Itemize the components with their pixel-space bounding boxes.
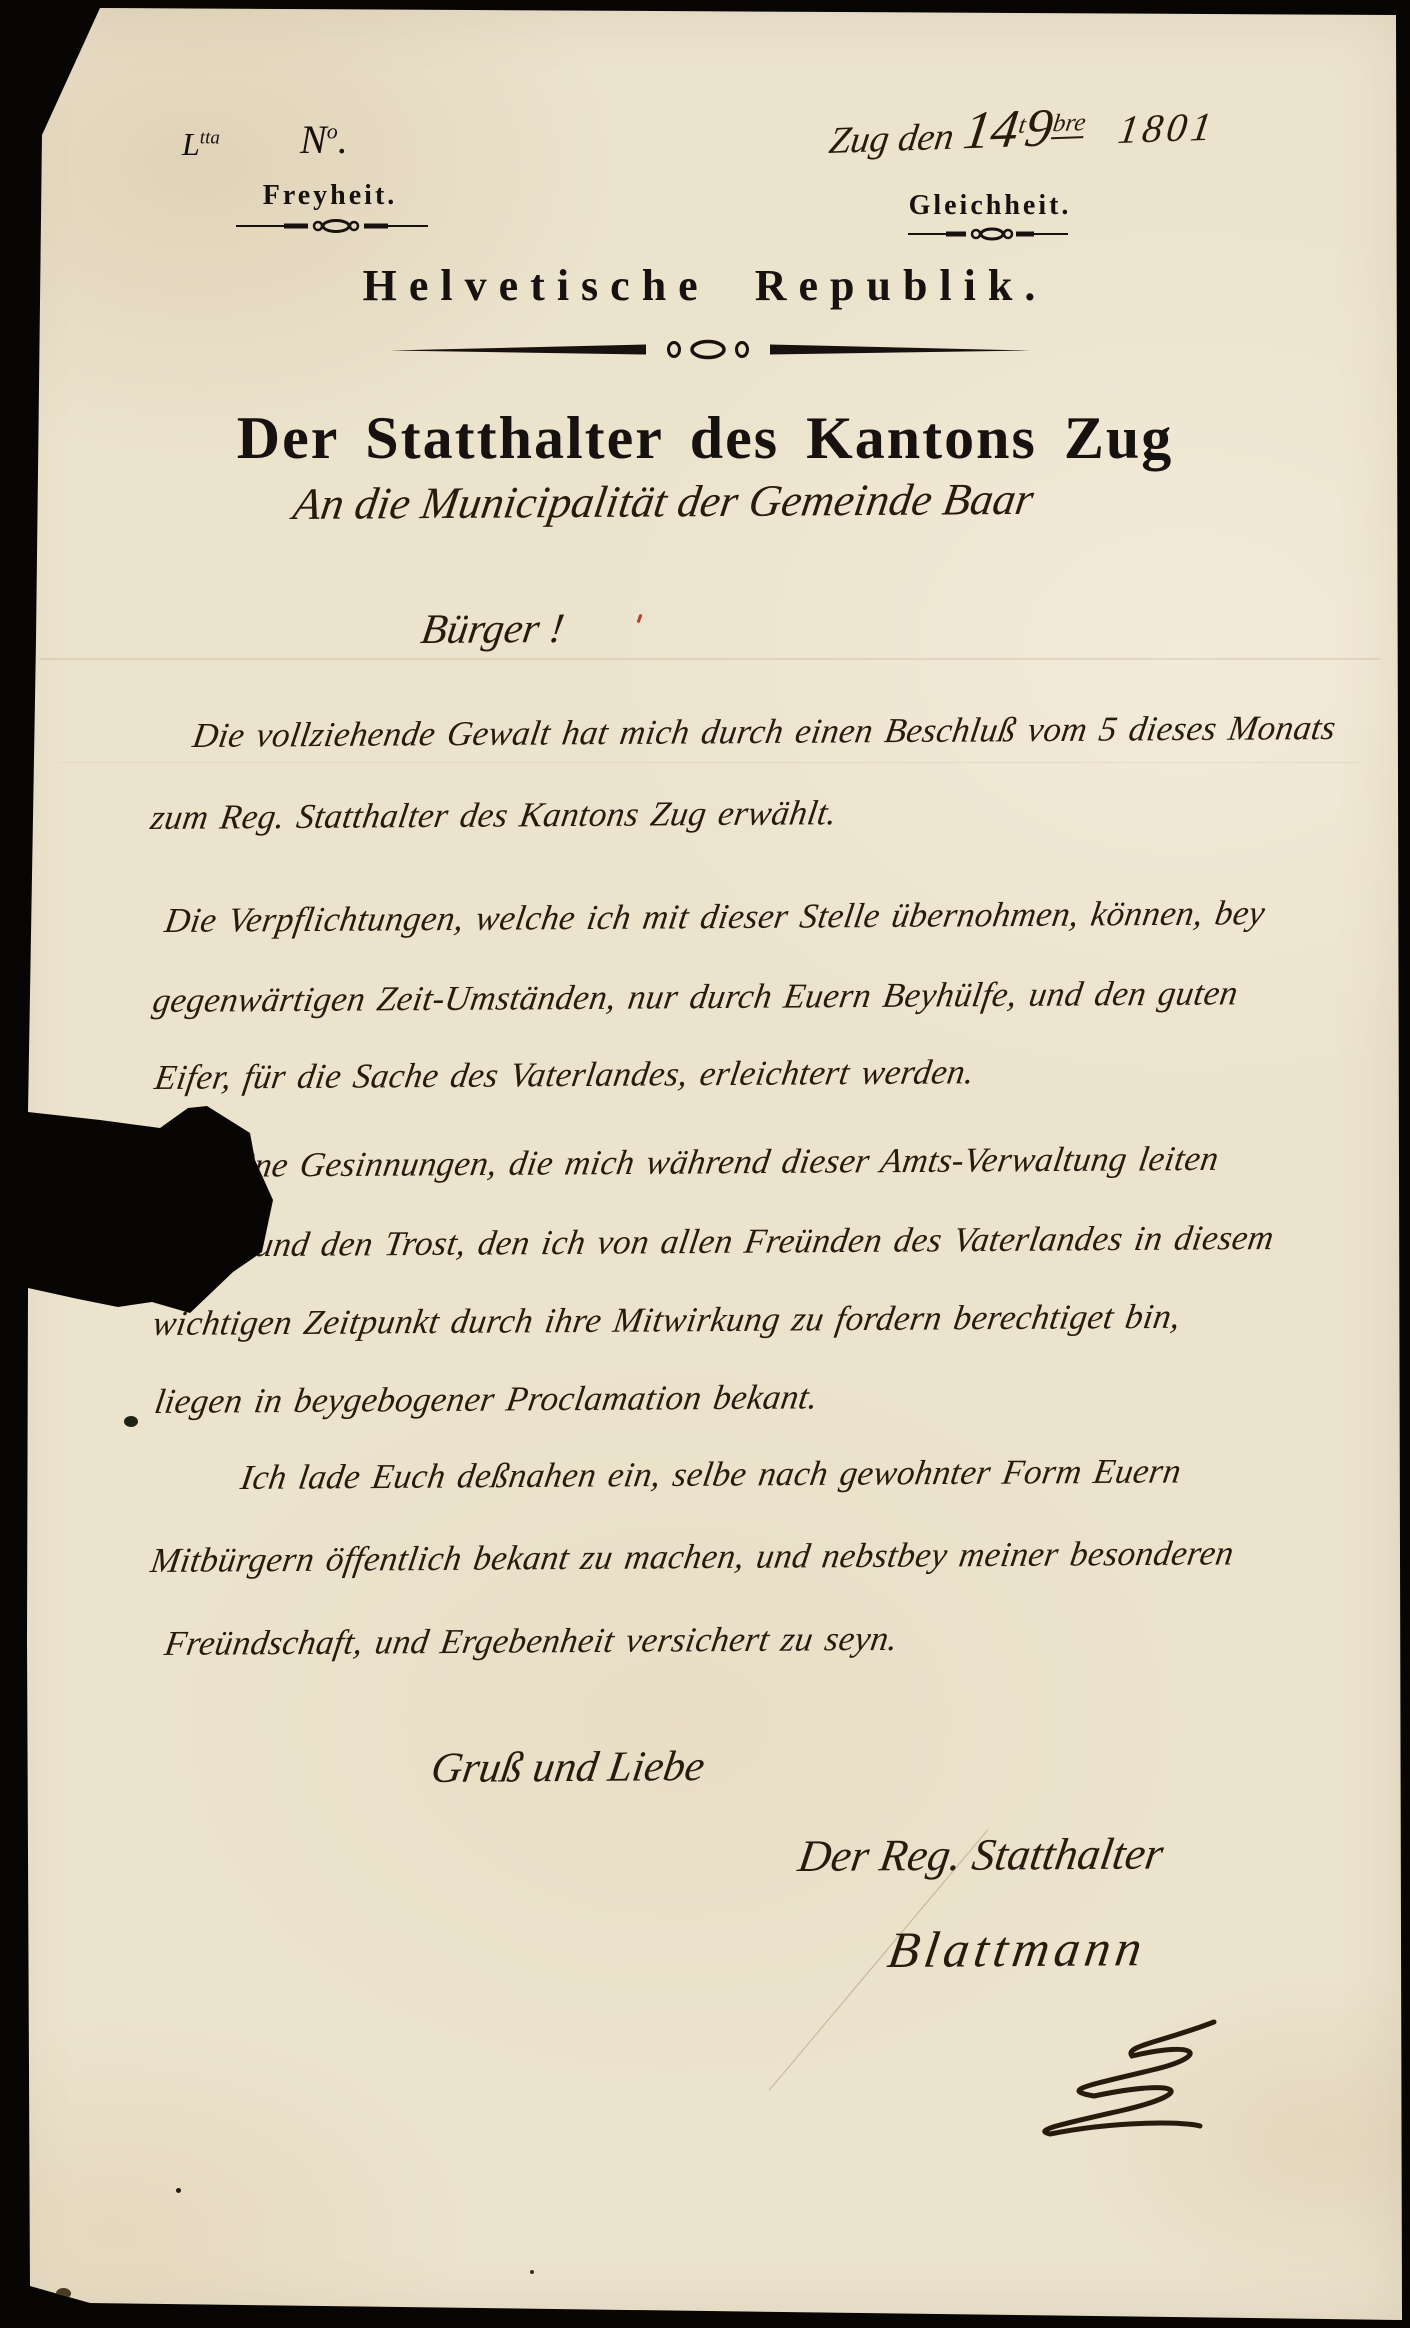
body-line: Die vollziehende Gewalt hat mich durch e… <box>190 708 1339 756</box>
number-superscript: o <box>327 119 338 144</box>
motto-freyheit: Freyheit. <box>225 180 435 212</box>
body-line: Die Verpflichtungen, welche ich mit dies… <box>162 893 1268 941</box>
dateline-day: 14 <box>960 99 1023 161</box>
ornament-rule-left <box>236 218 428 234</box>
scanned-letter: Ltta No. Freyheit. Zug den 14t9bre1801 G… <box>0 0 1410 2328</box>
red-fleck <box>637 614 643 623</box>
body-line: Ich lade Euch deßnahen ein, selbe nach g… <box>238 1451 1184 1498</box>
signature-paraph <box>1002 2012 1242 2152</box>
republic-title: Helvetische Republik. <box>0 260 1410 311</box>
sender-office-title: Der Statthalter des Kantons Zug <box>0 404 1410 473</box>
body-line: Freündschaft, und Ergebenheit versichert… <box>162 1619 901 1664</box>
fold-crease <box>40 658 1380 660</box>
body-line: gegenwärtigen Zeit-Umständen, nur durch … <box>150 973 1241 1021</box>
ink-speck <box>56 2288 71 2299</box>
body-line: Eifer, für die Sache des Vaterlandes, er… <box>152 1052 977 1098</box>
dateline-place: Zug den <box>827 115 967 162</box>
body-line: Mitbürgern öffentlich bekant zu machen, … <box>148 1533 1237 1581</box>
ornament-divider <box>390 338 1030 362</box>
body-line: zum Reg. Statthalter des Kantons Zug erw… <box>148 793 840 838</box>
fold-crease <box>60 762 1360 763</box>
number-initial: N <box>300 117 327 162</box>
ink-speck <box>124 1416 138 1427</box>
address-line: An die Municipalität der Gemeinde Baar <box>290 473 1037 530</box>
salutation: Bürger ! <box>418 605 567 654</box>
dateline: Zug den 14t9bre1801 <box>826 91 1220 166</box>
ornament-rule-right <box>908 226 1068 242</box>
motto-gleichheit: Gleichheit. <box>858 190 1122 222</box>
body-line: werden, und den Trost, den ich von allen… <box>128 1218 1277 1266</box>
paper-sheet: Ltta No. Freyheit. Zug den 14t9bre1801 G… <box>0 0 1410 2328</box>
number-label: No. <box>300 116 348 163</box>
ink-speck <box>530 2270 534 2274</box>
littera-initial: L <box>182 126 200 162</box>
number-period: . <box>338 117 348 162</box>
body-line: Meine Gesinnungen, die mich während dies… <box>196 1139 1222 1186</box>
body-line: wichtigen Zeitpunkt durch ihre Mitwirkun… <box>150 1297 1183 1344</box>
dateline-month-suffix: bre <box>1051 110 1088 140</box>
closing-line: Gruß und Liebe <box>428 1742 708 1793</box>
littera-label: Ltta <box>182 126 220 163</box>
signature-name: Blattmann <box>884 1920 1151 1980</box>
littera-superscript: tta <box>200 127 220 148</box>
body-line: liegen in beygebogener Proclamation beka… <box>152 1377 821 1422</box>
dateline-year: 1801 <box>1116 104 1219 152</box>
ink-speck <box>176 2188 181 2193</box>
